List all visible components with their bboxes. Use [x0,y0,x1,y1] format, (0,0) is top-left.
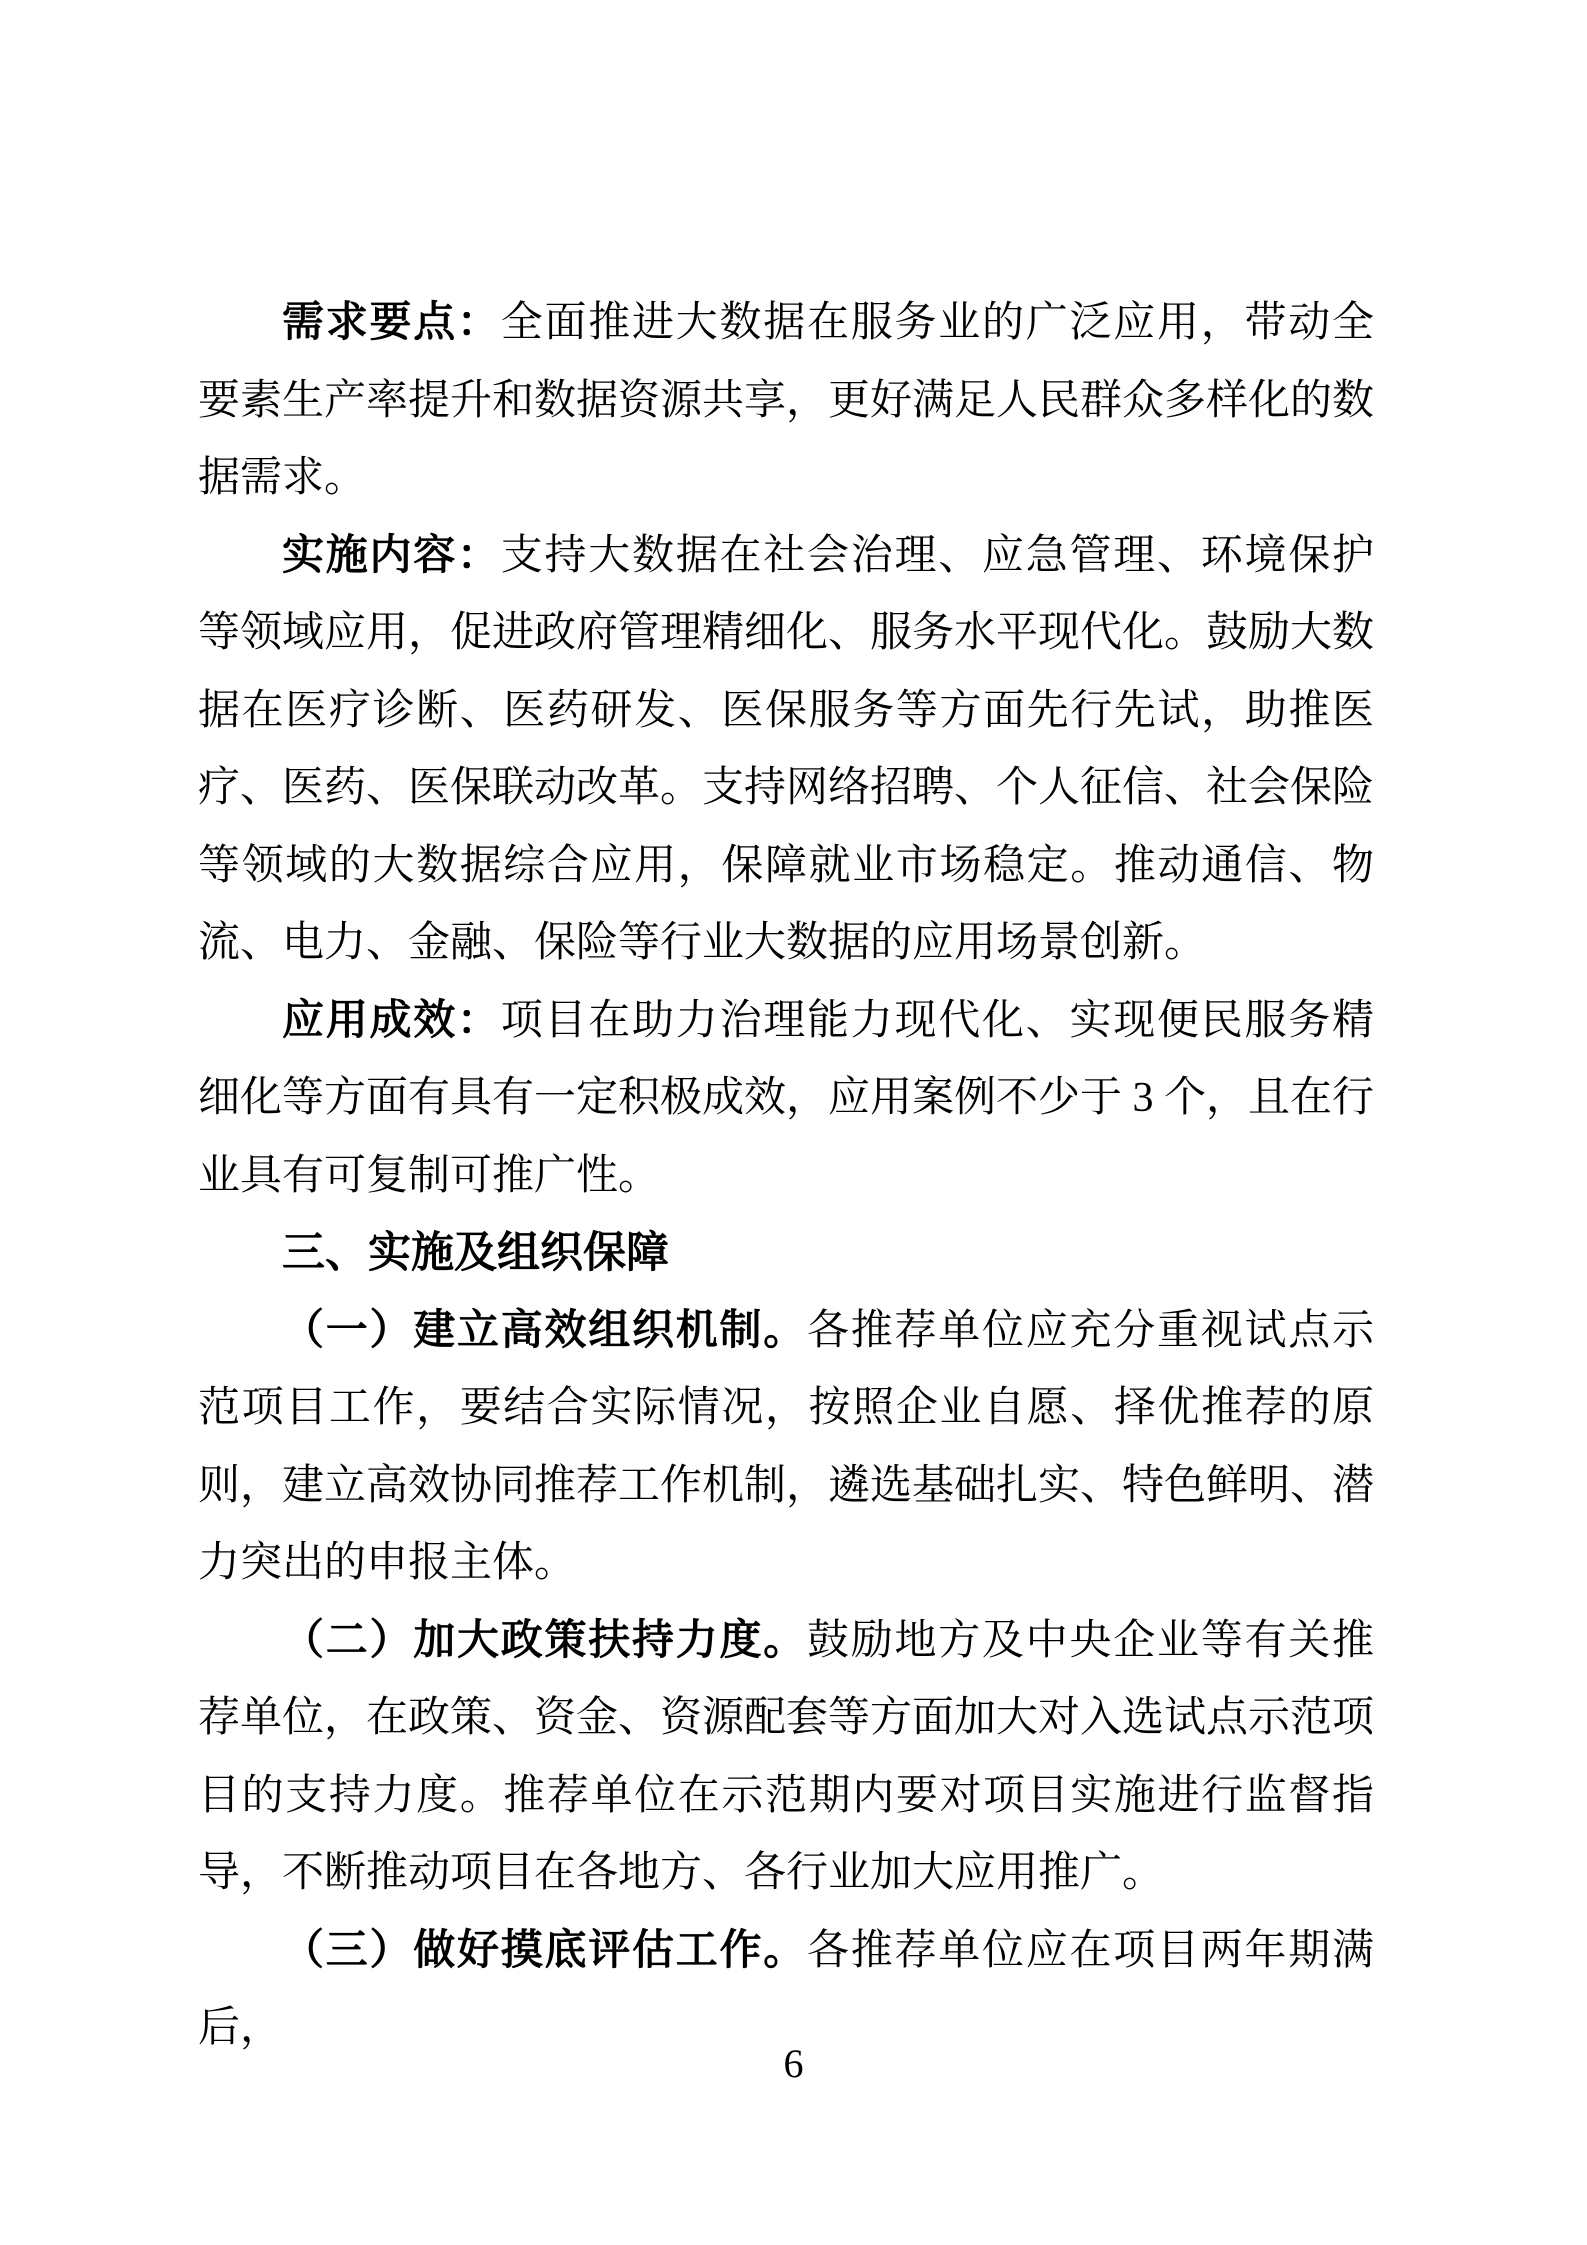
sub-paragraph-1-organization: （一）建立高效组织机制。各推荐单位应充分重视试点示范项目工作，要结合实际情况，按… [198,1293,1374,1603]
sub-paragraph-2-policy-support: （二）加大政策扶持力度。鼓励地方及中央企业等有关推荐单位，在政策、资金、资源配套… [198,1603,1374,1913]
paragraph-lead: 需求要点： [282,300,501,346]
sub-paragraph-lead: （二）加大政策扶持力度。 [282,1618,807,1664]
paragraph-lead: 实施内容： [282,533,501,579]
paragraph-implementation-content: 实施内容：支持大数据在社会治理、应急管理、环境保护等领域应用，促进政府管理精细化… [198,518,1374,983]
paragraph-demand-points: 需求要点：全面推进大数据在服务业的广泛应用，带动全要素生产率提升和数据资源共享，… [198,285,1374,518]
paragraph-lead: 应用成效： [282,998,501,1044]
page-number: 6 [0,2044,1587,2084]
section-heading: 三、实施及组织保障 [198,1215,1374,1293]
sub-paragraph-lead: （三）做好摸底评估工作。 [282,1928,807,1974]
sub-paragraph-lead: （一）建立高效组织机制。 [282,1308,807,1354]
paragraph-application-results: 应用成效：项目在助力治理能力现代化、实现便民服务精细化等方面有具有一定积极成效，… [198,983,1374,1216]
document-page: 需求要点：全面推进大数据在服务业的广泛应用，带动全要素生产率提升和数据资源共享，… [0,0,1587,2245]
paragraph-body: 支持大数据在社会治理、应急管理、环境保护等领域应用，促进政府管理精细化、服务水平… [198,533,1374,967]
text-block: 需求要点：全面推进大数据在服务业的广泛应用，带动全要素生产率提升和数据资源共享，… [198,285,1374,2068]
